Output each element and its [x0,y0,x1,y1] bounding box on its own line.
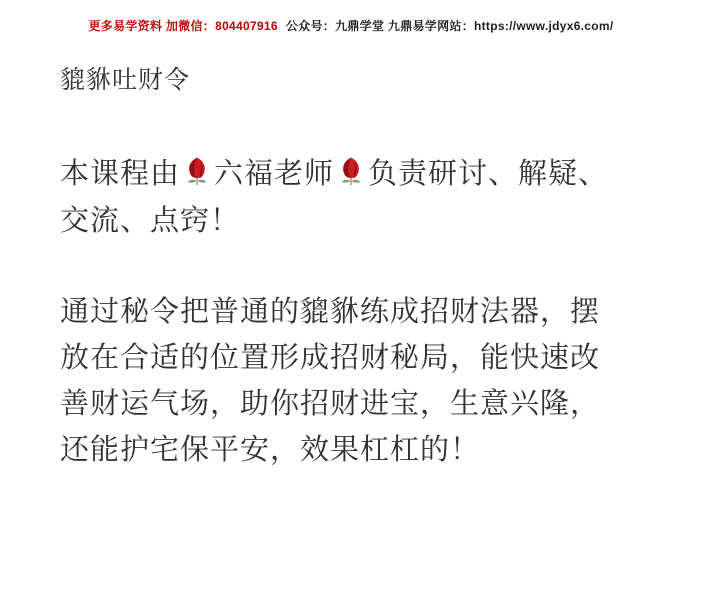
body-line: 放在合适的位置形成招财秘局，能快速改 [60,335,620,381]
rose-icon [336,154,366,188]
document-page: 更多易学资料 加微信：804407916公众号：九鼎学堂 九鼎易学网站：http… [0,0,702,593]
intro-paragraph: 本课程由 六福老师 负责研讨、解疑、 交流、点窍！ [60,151,620,245]
rose-icon [182,154,212,188]
intro-line-2: 交流、点窍！ [60,198,620,245]
intro-text-2: 六福老师 [214,158,334,190]
intro-line-1: 本课程由 六福老师 负责研讨、解疑、 [60,151,620,198]
body-line: 通过秘令把普通的貔貅练成招财法器，摆 [60,289,620,335]
body-line: 善财运气场，助你招财进宝，生意兴隆， [60,381,620,427]
header-watermark: 更多易学资料 加微信：804407916公众号：九鼎学堂 九鼎易学网站：http… [0,0,702,34]
body-line: 还能护宅保平安，效果杠杠的！ [60,427,620,473]
page-title: 貔貅吐财令 [60,64,702,97]
intro-text-1: 本课程由 [60,158,180,190]
header-contact-text: 更多易学资料 加微信：804407916 [88,19,277,33]
header-site-text: 公众号：九鼎学堂 九鼎易学网站：https://www.jdyx6.com/ [286,19,614,33]
body-paragraph: 通过秘令把普通的貔貅练成招财法器，摆 放在合适的位置形成招财秘局，能快速改 善财… [60,289,620,473]
intro-text-3: 负责研讨、解疑、 [368,158,608,190]
